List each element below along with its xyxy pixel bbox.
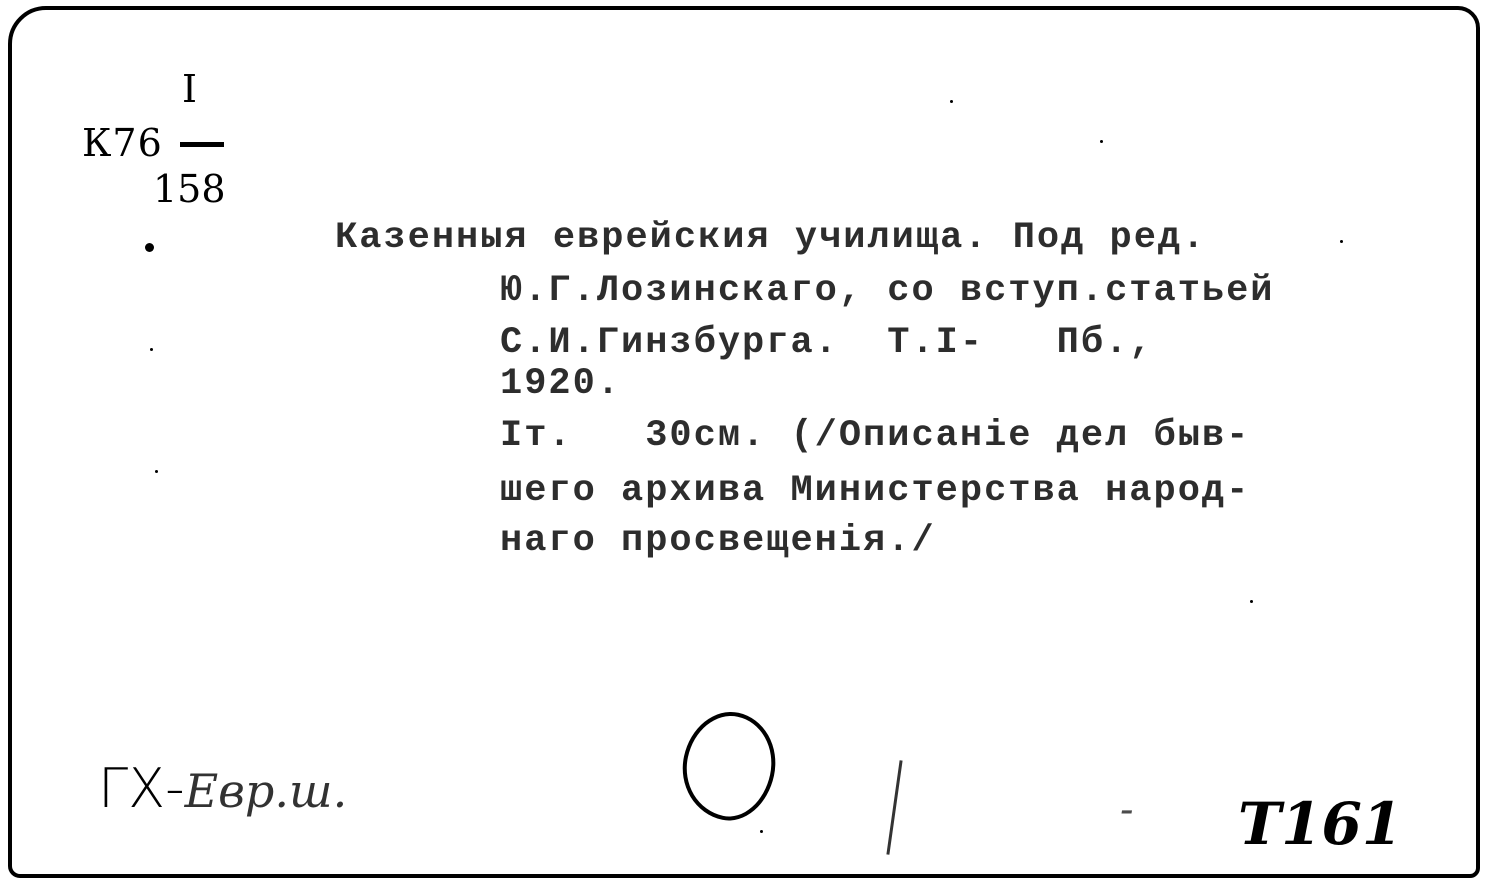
call-number-bottom: 158 bbox=[153, 170, 226, 208]
scan-speck bbox=[950, 100, 953, 103]
entry-line-7: наго просвещенiя./ bbox=[500, 523, 936, 560]
entry-line-6: шего архива Министерства народ- bbox=[500, 473, 1250, 510]
handwritten-scrawl: Евр.ш. bbox=[185, 764, 348, 818]
scan-speck bbox=[1100, 140, 1103, 143]
call-number-main: К76 bbox=[82, 124, 163, 162]
scan-speck bbox=[150, 348, 153, 351]
entry-line-3: С.И.Гинзбурга. Т.I- Пб., bbox=[500, 325, 1154, 362]
handwritten-note-right: Т161 bbox=[1238, 795, 1402, 853]
scan-speck bbox=[1340, 240, 1343, 243]
entry-line-5: Iт. 30см. (/Описанiе дел быв- bbox=[500, 418, 1250, 455]
handwritten-dash: - bbox=[1120, 790, 1134, 830]
handwritten-note-left: ГХ-Евр.ш. bbox=[98, 762, 347, 816]
entry-line-4: 1920. bbox=[500, 366, 621, 403]
bullet-mark bbox=[145, 243, 154, 252]
scan-speck bbox=[1250, 600, 1253, 603]
entry-line-2: Ю.Г.Лозинскаго, со вступ.статьей bbox=[500, 273, 1275, 310]
scan-speck bbox=[760, 830, 763, 833]
entry-line-1: Казенныя еврейския училища. Под ред. bbox=[335, 220, 1206, 257]
handwritten-code: ГХ- bbox=[98, 757, 185, 820]
scan-speck bbox=[155, 470, 158, 473]
call-number-top: I bbox=[182, 70, 197, 108]
call-number-fraction-bar bbox=[180, 142, 224, 147]
